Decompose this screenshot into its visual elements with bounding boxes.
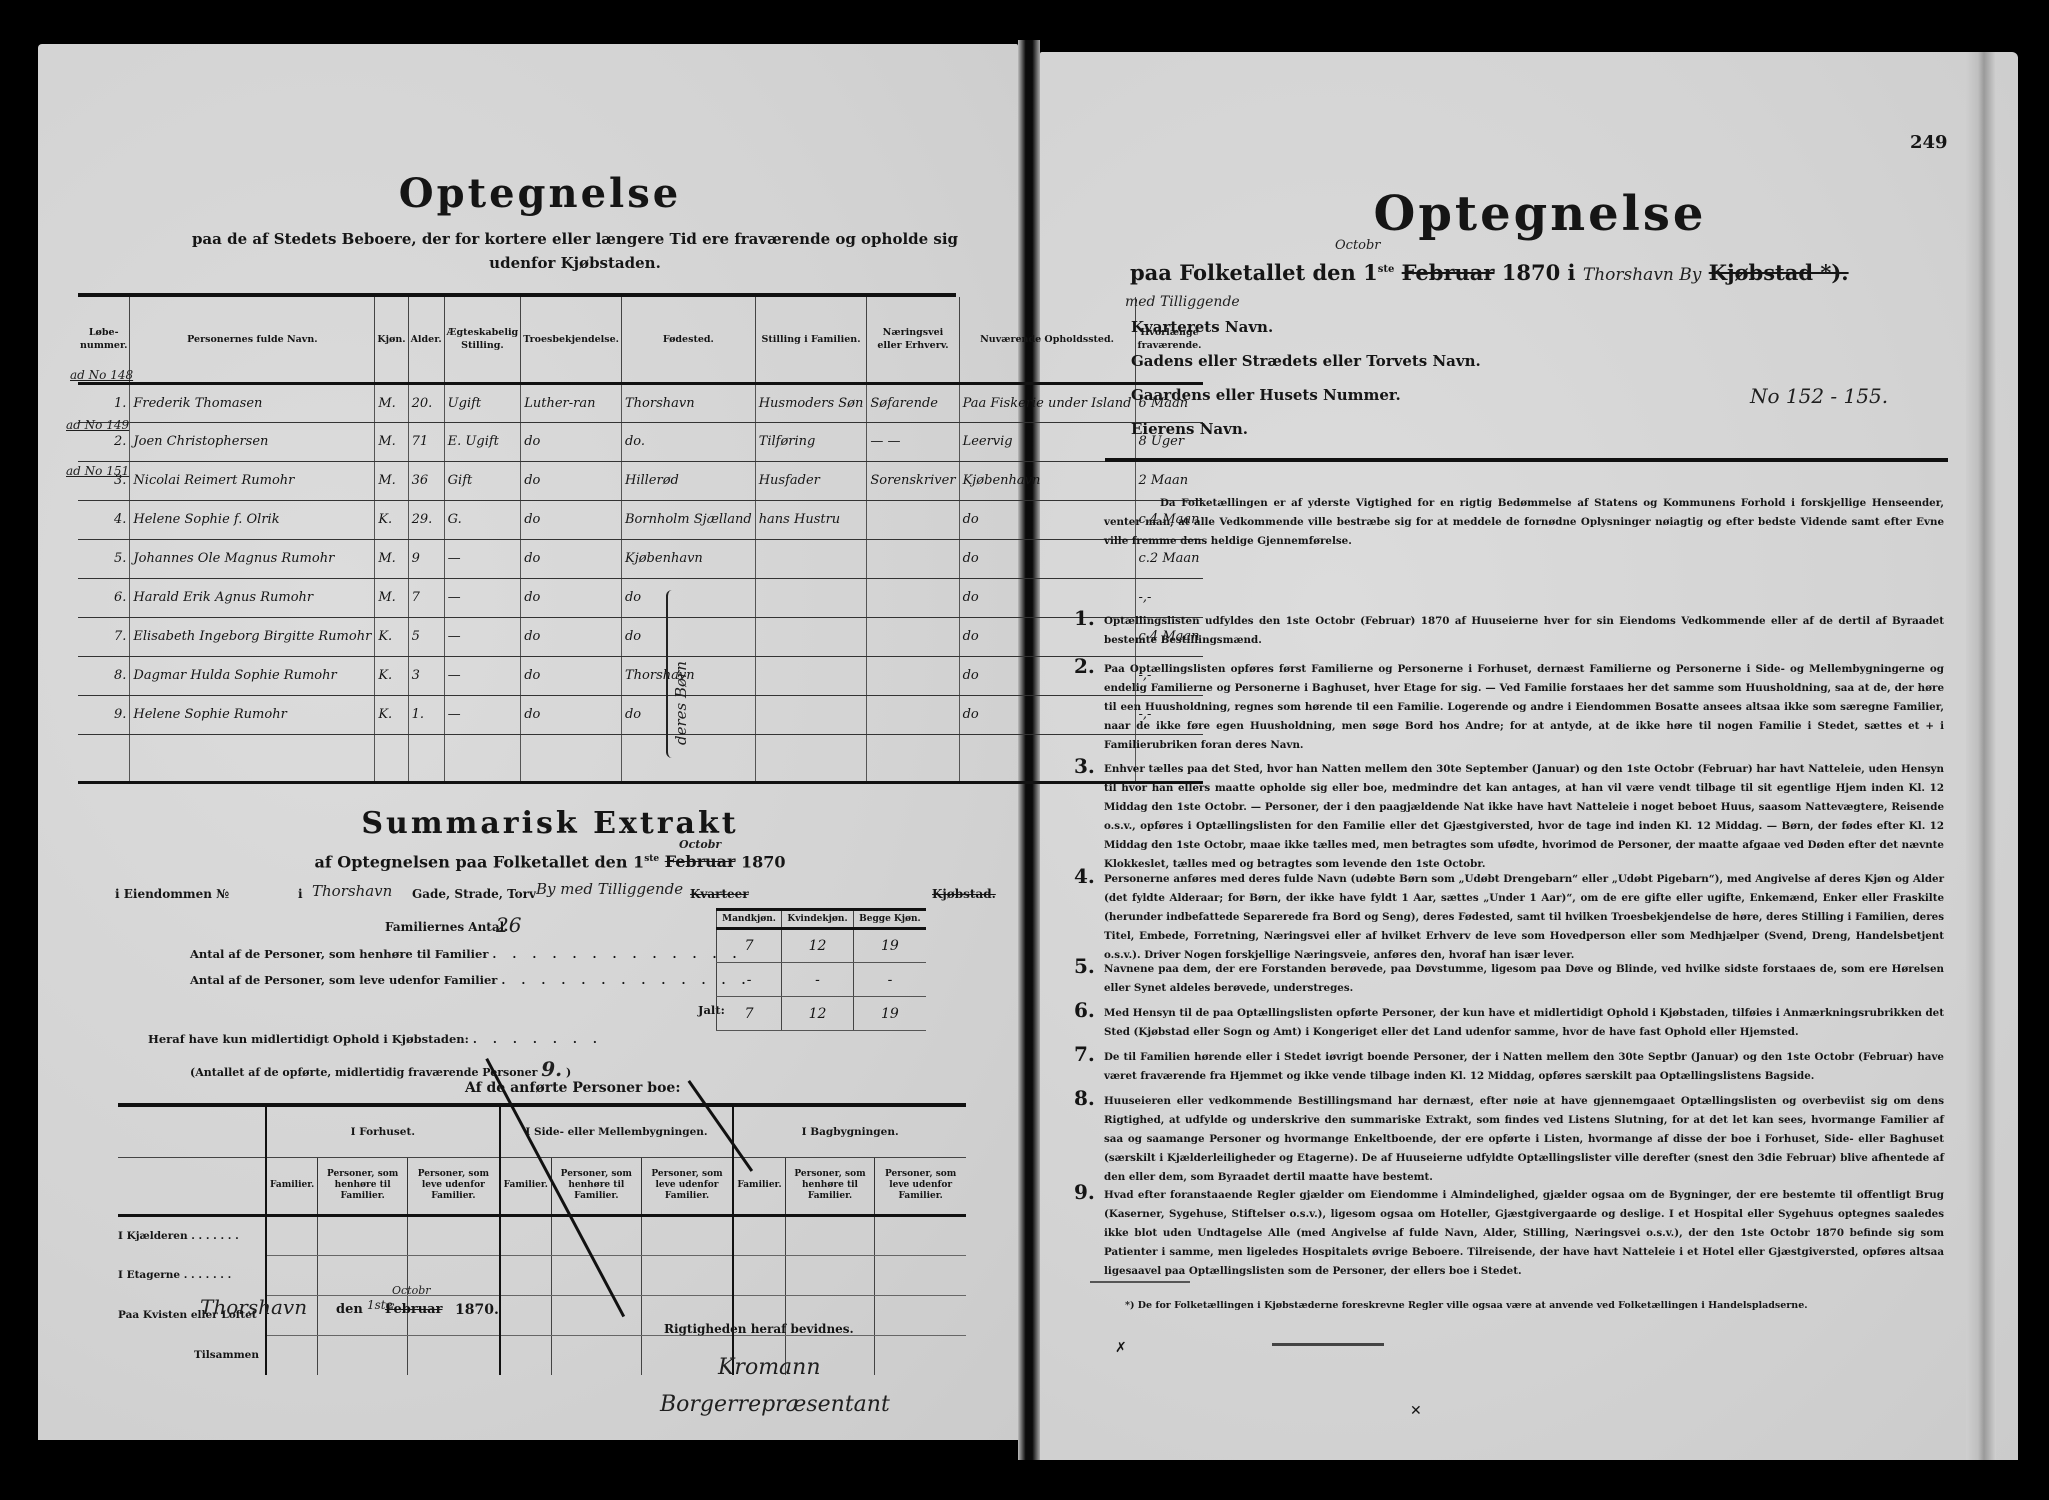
census-header-row: Løbe-nummer. Personernes fulde Navn. Kjø… — [78, 297, 1203, 383]
left-page-subtitle-2: udenfor Kjøbstaden. — [150, 251, 1000, 275]
col-header-birthplace: Fødested. — [621, 297, 755, 383]
residence-row-cellar: I Kjælderen . . . . . . . — [118, 1215, 966, 1255]
instruction-text: Personerne anføres med deres fulde Navn … — [1104, 873, 1944, 961]
cell-marital: — — [444, 695, 521, 734]
cell-female: - — [782, 963, 854, 997]
right-place-written-2: med Tilliggende — [1125, 294, 1240, 310]
census-row: 8. Dagmar Hulda Sophie Rumohr K. 3 — do … — [78, 656, 1203, 695]
cell-empty — [130, 734, 375, 782]
cell-empty — [78, 734, 130, 782]
instruction-2: 2.Paa Optællingslisten opføres først Fam… — [1104, 660, 1944, 755]
census-row: 7. Elisabeth Ingeborg Birgitte Rumohr K.… — [78, 617, 1203, 656]
town-label: Kjøbstad. — [932, 887, 996, 901]
cell-empty — [408, 734, 444, 782]
cell-empty — [375, 734, 408, 782]
cell-position — [755, 695, 867, 734]
cell-empty — [266, 1215, 318, 1255]
right-year: 1870 i — [1502, 260, 1576, 285]
cell-number: 6. — [78, 578, 130, 617]
cell-position: Husfader — [755, 461, 867, 500]
cell-name: Harald Erik Agnus Rumohr — [130, 578, 375, 617]
cell-marital: — — [444, 539, 521, 578]
page-number: 249 — [1910, 132, 1948, 153]
instruction-9: 9.Hvad efter foranstaaende Regler gjælde… — [1104, 1186, 1944, 1281]
cell-empty — [551, 1295, 641, 1335]
summary-subtitle: af Optegnelsen paa Folketallet den 1ste … — [200, 847, 900, 874]
instruction-text: Hvad efter foranstaaende Regler gjælder … — [1104, 1189, 1944, 1277]
cell-empty — [875, 1255, 966, 1295]
cell-empty — [875, 1215, 966, 1255]
group-forhuset: I Forhuset. — [266, 1107, 500, 1157]
residence-group-row: I Forhuset. I Side- eller Mellembygninge… — [118, 1107, 966, 1157]
corner-cell — [118, 1157, 266, 1215]
instruction-4: 4.Personerne anføres med deres fulde Nav… — [1104, 870, 1944, 965]
location-prefix: i — [298, 887, 303, 901]
cell-birthplace: Hillerød — [621, 461, 755, 500]
left-page-subtitle-1: paa de af Stedets Beboere, der for korte… — [150, 227, 1000, 251]
cell-religion: do — [521, 461, 622, 500]
footnote: *) De for Folketællingen i Kjøbstæderne … — [1125, 1300, 1808, 1311]
cell-birthplace: Bornholm Sjælland — [621, 500, 755, 539]
cell-male: 7 — [717, 929, 782, 963]
instruction-number: 9. — [1074, 1183, 1095, 1202]
cell-religion: do — [521, 617, 622, 656]
location-written: Thorshavn — [312, 882, 392, 900]
summary-row-label-text: Antal af de Personer, som henhøre til Fa… — [190, 947, 488, 961]
cell-empty — [500, 1255, 552, 1295]
cell-age: 3 — [408, 656, 444, 695]
cell-birthplace: do. — [621, 422, 755, 461]
cell-birthplace: Kjøbenhavn — [621, 539, 755, 578]
absent-note: (Antallet af de opførte, midlertidig fra… — [190, 1057, 571, 1081]
cell-marital: — — [444, 617, 521, 656]
cell-empty — [733, 1255, 785, 1295]
col-male: Mandkjøn. — [717, 910, 782, 929]
cell-name: Elisabeth Ingeborg Birgitte Rumohr — [130, 617, 375, 656]
cell-sex: K. — [375, 656, 408, 695]
sub-persons-out: Personer, som leve udenfor Familier. — [408, 1157, 500, 1215]
cell-both: 19 — [853, 997, 926, 1031]
instruction-8: 8.Huuseieren eller vedkommende Bestillin… — [1104, 1092, 1944, 1187]
cell-age: 1. — [408, 695, 444, 734]
footer-place-written: Thorshavn — [200, 1295, 307, 1319]
cell-number: 7. — [78, 617, 130, 656]
cell-empty — [444, 734, 521, 782]
cell-empty — [318, 1335, 408, 1375]
summary-gender-row: 7 12 19 — [717, 929, 927, 963]
pencil-mark-x: ✕ — [1410, 1403, 1422, 1419]
cell-empty — [755, 734, 867, 782]
cell-sex: M. — [375, 578, 408, 617]
cell-female: 12 — [782, 929, 854, 963]
quarter-label: Kvarteer — [690, 887, 749, 901]
footer-month-struck: Februar — [385, 1302, 442, 1317]
cell-empty — [266, 1255, 318, 1295]
field-section-rule — [1105, 458, 1948, 462]
end-rule — [1272, 1343, 1384, 1346]
cell-age: 7 — [408, 578, 444, 617]
cell-occupation: Sorenskriver — [867, 461, 959, 500]
instruction-number: 6. — [1074, 1001, 1095, 1020]
cell-sex: K. — [375, 695, 408, 734]
cell-empty — [785, 1215, 875, 1255]
page-edge — [1966, 52, 1996, 1460]
cell-sex: M. — [375, 539, 408, 578]
cell-sex: M. — [375, 383, 408, 422]
cell-occupation — [867, 578, 959, 617]
census-row: 2. Joen Christophersen M. 71 E. Ugift do… — [78, 422, 1203, 461]
cell-number: 4. — [78, 500, 130, 539]
property-label: i Eiendommen № — [115, 887, 229, 901]
sub-families: Familier. — [266, 1157, 318, 1215]
instruction-number: 7. — [1074, 1045, 1095, 1064]
cell-number: 9. — [78, 695, 130, 734]
col-header-position: Stilling i Familien. — [755, 297, 867, 383]
cell-religion: do — [521, 539, 622, 578]
cell-name: Frederik Thomasen — [130, 383, 375, 422]
instruction-number: 2. — [1074, 657, 1095, 676]
summary-month-written: Octobr — [679, 833, 721, 857]
cell-sex: M. — [375, 461, 408, 500]
absent-note-suffix: ) — [566, 1066, 571, 1079]
row-label-floors: I Etagerne . . . . . . . — [118, 1255, 266, 1295]
cell-birthplace: Thorshavn — [621, 383, 755, 422]
cell-both: 19 — [853, 929, 926, 963]
instruction-number: 4. — [1074, 867, 1095, 886]
group-bagbygning: I Bagbygningen. — [733, 1107, 966, 1157]
footnote-rule — [1090, 1281, 1190, 1283]
instruction-number: 8. — [1074, 1089, 1095, 1108]
cell-position: Husmoders Søn — [755, 383, 867, 422]
cell-name: Joen Christophersen — [130, 422, 375, 461]
footer-year: 1870. — [455, 1302, 499, 1318]
instruction-text: Enhver tælles paa det Sted, hvor han Nat… — [1104, 763, 1944, 870]
col-header-religion: Troesbekjendelse. — [521, 297, 622, 383]
cell-name: Johannes Ole Magnus Rumohr — [130, 539, 375, 578]
cell-sex: M. — [375, 422, 408, 461]
residence-row-total: Tilsammen — [118, 1335, 966, 1375]
right-place-struck: Kjøbstad *). — [1709, 260, 1849, 285]
cell-occupation — [867, 695, 959, 734]
cell-empty — [875, 1335, 966, 1375]
census-row: 1. Frederik Thomasen M. 20. Ugift Luther… — [78, 383, 1203, 422]
field-house-number-label: Gaardens eller Husets Nummer. — [1131, 386, 1401, 404]
absentee-census-table: Løbe-nummer. Personernes fulde Navn. Kjø… — [78, 297, 1203, 784]
cell-marital: — — [444, 656, 521, 695]
street-label: Gade, Strade, Torv — [412, 887, 536, 901]
cell-marital: E. Ugift — [444, 422, 521, 461]
summary-row-label-2: Antal af de Personer, som leve udenfor F… — [190, 973, 751, 987]
cell-empty — [521, 734, 622, 782]
cell-age: 5 — [408, 617, 444, 656]
row-label-total: Tilsammen — [118, 1335, 266, 1375]
cell-position — [755, 578, 867, 617]
signature-title: Borgerrepræsentant — [660, 1392, 890, 1417]
col-female: Kvindekjøn. — [782, 910, 854, 929]
cell-number: 8. — [78, 656, 130, 695]
cell-empty — [408, 1215, 500, 1255]
cell-religion: do — [521, 656, 622, 695]
summary-row-label-1: Antal af de Personer, som henhøre til Fa… — [190, 947, 743, 961]
right-page-title: Optegnelse — [1350, 186, 1730, 242]
cell-age: 20. — [408, 383, 444, 422]
instruction-3: 3.Enhver tælles paa det Sted, hvor han N… — [1104, 760, 1944, 874]
census-row: 4. Helene Sophie f. Olrik K. 29. G. do B… — [78, 500, 1203, 539]
summary-gender-row: - - - — [717, 963, 927, 997]
cell-religion: do — [521, 500, 622, 539]
cell-age: 36 — [408, 461, 444, 500]
cell-age: 9 — [408, 539, 444, 578]
right-page-subtitle: paa Folketallet den 1ste Februar 1870 i … — [1130, 260, 1849, 285]
row-label-cellar: I Kjælderen . . . . . . . — [118, 1215, 266, 1255]
certify-label: Rigtigheden heraf bevidnes. — [664, 1322, 854, 1336]
right-month-struck: Februar — [1402, 260, 1495, 285]
cell-empty — [408, 1335, 500, 1375]
cell-occupation: — — — [867, 422, 959, 461]
cell-religion: do — [521, 695, 622, 734]
cell-religion: Luther-ran — [521, 383, 622, 422]
cell-empty — [875, 1295, 966, 1335]
left-page-title: Optegnelse — [300, 170, 780, 217]
cell-name: Helene Sophie f. Olrik — [130, 500, 375, 539]
cell-marital: G. — [444, 500, 521, 539]
absent-note-prefix: (Antallet af de opførte, midlertidig fra… — [190, 1066, 537, 1079]
street-written: By med Tilliggende — [536, 880, 683, 898]
summary-subtitle-sup: ste — [644, 854, 659, 864]
cell-empty — [500, 1295, 552, 1335]
cell-name: Nicolai Reimert Rumohr — [130, 461, 375, 500]
cell-number: 5. — [78, 539, 130, 578]
summary-subtitle-prefix: af Optegnelsen paa Folketallet den 1 — [314, 852, 644, 871]
cell-occupation — [867, 500, 959, 539]
cell-age: 29. — [408, 500, 444, 539]
dot-leader: . . . . . . . . . . . . . — [501, 973, 751, 987]
cell-empty — [641, 1215, 733, 1255]
cell-both: - — [853, 963, 926, 997]
absent-value: 9. — [541, 1057, 562, 1081]
cell-female: 12 — [782, 997, 854, 1031]
temporary-stay-label: Heraf have kun midlertidigt Ophold i Kjø… — [148, 1032, 603, 1046]
cell-empty — [500, 1215, 552, 1255]
summary-year: 1870 — [741, 852, 786, 871]
cell-position — [755, 617, 867, 656]
col-header-marital: Ægteskabelig Stilling. — [444, 297, 521, 383]
summary-gender-table: Mandkjøn. Kvindekjøn. Begge Kjøn. 7 12 1… — [716, 908, 926, 1031]
cell-empty — [318, 1215, 408, 1255]
instruction-5: 5.Navnene paa dem, der ere Forstanden be… — [1104, 960, 1944, 998]
cell-name: Dagmar Hulda Sophie Rumohr — [130, 656, 375, 695]
instruction-number: 3. — [1074, 757, 1095, 776]
margin-note-149: ad No 149 — [66, 418, 129, 432]
intro-paragraph: Da Folketællingen er af yderste Vigtighe… — [1104, 494, 1944, 551]
cell-position: hans Hustru — [755, 500, 867, 539]
cell-religion: do — [521, 578, 622, 617]
cell-male: 7 — [717, 997, 782, 1031]
sub-persons-in: Personer, som henhøre til Familier. — [318, 1157, 408, 1215]
sub-persons-in: Personer, som henhøre til Familier. — [785, 1157, 875, 1215]
cell-position: Tilføring — [755, 422, 867, 461]
cell-empty — [551, 1335, 641, 1375]
sub-families: Familier. — [733, 1157, 785, 1215]
instruction-7: 7.De til Familien hørende eller i Stedet… — [1104, 1048, 1944, 1086]
right-subtitle-sup: ste — [1378, 264, 1395, 275]
cell-number: 1. — [78, 383, 130, 422]
cell-occupation: Søfarende — [867, 383, 959, 422]
margin-note-151: ad No 151 — [66, 464, 129, 478]
cell-occupation — [867, 617, 959, 656]
col-header-age: Alder. — [408, 297, 444, 383]
col-both: Begge Kjøn. — [853, 910, 926, 929]
cell-occupation — [867, 539, 959, 578]
corner-cell — [118, 1107, 266, 1157]
footer-month-written: Octobr — [392, 1284, 431, 1297]
col-header-location: Nuværende Opholdssted. — [959, 297, 1135, 383]
dot-leader: . . . . . . . . . . . . . — [492, 947, 742, 961]
right-subtitle-prefix: paa Folketallet den 1 — [1130, 260, 1378, 285]
instruction-text: Huuseieren eller vedkommende Bestillings… — [1104, 1095, 1944, 1183]
cell-male: - — [717, 963, 782, 997]
cell-empty — [733, 1215, 785, 1255]
field-quarter-label: Kvarterets Navn. — [1131, 318, 1273, 336]
instruction-number: 5. — [1074, 957, 1095, 976]
instruction-number: 1. — [1074, 609, 1095, 628]
instruction-6: 6.Med Hensyn til de paa Optællingslisten… — [1104, 1004, 1944, 1042]
families-value: 26 — [496, 913, 521, 937]
instruction-1: 1.Optællingslisten udfyldes den 1ste Oct… — [1104, 612, 1944, 650]
cell-location: Leervig — [959, 422, 1135, 461]
summary-row-label-text: Antal af de Personer, som leve udenfor F… — [190, 973, 497, 987]
right-place-written: Thorshavn By — [1583, 265, 1702, 285]
cell-position — [755, 539, 867, 578]
cell-empty — [551, 1215, 641, 1255]
cell-empty — [641, 1255, 733, 1295]
col-header-sex: Kjøn. — [375, 297, 408, 383]
summary-gender-header: Mandkjøn. Kvindekjøn. Begge Kjøn. — [717, 910, 927, 929]
cell-empty — [266, 1335, 318, 1375]
cell-occupation — [867, 656, 959, 695]
instruction-text: Med Hensyn til de paa Optællingslisten o… — [1104, 1007, 1944, 1038]
cell-empty — [785, 1255, 875, 1295]
residence-row-floors: I Etagerne . . . . . . . — [118, 1255, 966, 1295]
col-header-occupation: Næringsvei eller Erhverv. — [867, 297, 959, 383]
summary-gender-row-total: 7 12 19 — [717, 997, 927, 1031]
pencil-mark-x: ✗ — [1115, 1340, 1127, 1356]
field-street-label: Gadens eller Strædets eller Torvets Navn… — [1131, 352, 1481, 370]
dot-leader: . . . . . . . — [473, 1032, 603, 1046]
cell-sex: K. — [375, 500, 408, 539]
cell-location: Paa Fiskerie under Island — [959, 383, 1135, 422]
cell-religion: do — [521, 422, 622, 461]
census-row-empty — [78, 734, 1203, 782]
sub-persons-out: Personer, som leve udenfor Familier. — [641, 1157, 733, 1215]
cell-empty — [500, 1335, 552, 1375]
right-month-written: Octobr — [1335, 238, 1381, 253]
instruction-text: Optællingslisten udfyldes den 1ste Octob… — [1104, 615, 1944, 646]
census-row: 9. Helene Sophie Rumohr K. 1. — do do do… — [78, 695, 1203, 734]
census-row: 6. Harald Erik Agnus Rumohr M. 7 — do do… — [78, 578, 1203, 617]
sub-persons-out: Personer, som leve udenfor Familier. — [875, 1157, 966, 1215]
instruction-text: Navnene paa dem, der ere Forstanden berø… — [1104, 963, 1944, 994]
footer-date-prefix: den — [336, 1302, 363, 1317]
instruction-text: Paa Optællingslisten opføres først Famil… — [1104, 663, 1944, 751]
cell-age: 71 — [408, 422, 444, 461]
cell-marital: Gift — [444, 461, 521, 500]
children-bracket-note: deres Børn — [672, 605, 690, 745]
field-house-number-value: No 152 - 155. — [1750, 384, 1888, 408]
temporary-stay-text: Heraf have kun midlertidigt Ophold i Kjø… — [148, 1032, 469, 1046]
bracket-line — [666, 590, 674, 758]
col-header-name: Personernes fulde Navn. — [130, 297, 375, 383]
cell-position — [755, 656, 867, 695]
families-label: Familiernes Antal. — [385, 920, 508, 934]
census-row: 5. Johannes Ole Magnus Rumohr M. 9 — do … — [78, 539, 1203, 578]
census-row: 3. Nicolai Reimert Rumohr M. 36 Gift do … — [78, 461, 1203, 500]
field-owner-label: Eierens Navn. — [1131, 420, 1248, 438]
cell-sex: K. — [375, 617, 408, 656]
signature-name: Kromann — [718, 1355, 821, 1380]
cell-empty — [867, 734, 959, 782]
cell-name: Helene Sophie Rumohr — [130, 695, 375, 734]
margin-note-148: ad No 148 — [70, 368, 133, 382]
cell-marital: Ugift — [444, 383, 521, 422]
cell-marital: — — [444, 578, 521, 617]
instruction-text: De til Familien hørende eller i Stedet i… — [1104, 1051, 1944, 1082]
